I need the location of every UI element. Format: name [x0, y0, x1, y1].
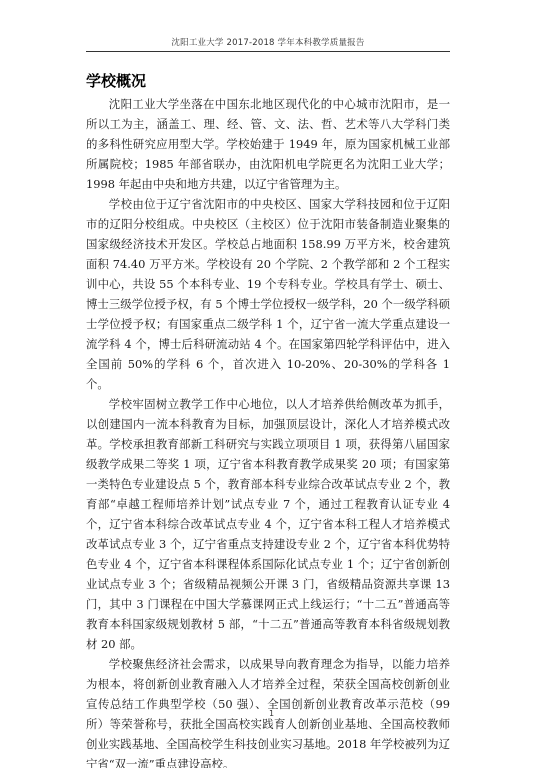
paragraph: 学校由位于辽宁省沈阳市的中央校区、国家大学科技园和位于辽阳市的辽阳分校组成。中央… — [86, 194, 450, 394]
section-title: 学校概况 — [86, 70, 146, 91]
paragraph: 学校牢固树立教学工作中心地位，以人才培养供给侧改革为抓手，以创建国内一流本科教育… — [86, 394, 450, 654]
page-number: 1 — [0, 709, 543, 718]
section-body: 沈阳工业大学坐落在中国东北地区现代化的中心城市沈阳市，是一所以工为主，涵盖工、理… — [86, 94, 450, 768]
running-header: 沈阳工业大学 2017-2018 学年本科教学质量报告 — [86, 36, 450, 52]
document-page: 沈阳工业大学 2017-2018 学年本科教学质量报告 学校概况 沈阳工业大学坐… — [0, 0, 543, 768]
paragraph: 沈阳工业大学坐落在中国东北地区现代化的中心城市沈阳市，是一所以工为主，涵盖工、理… — [86, 94, 450, 194]
